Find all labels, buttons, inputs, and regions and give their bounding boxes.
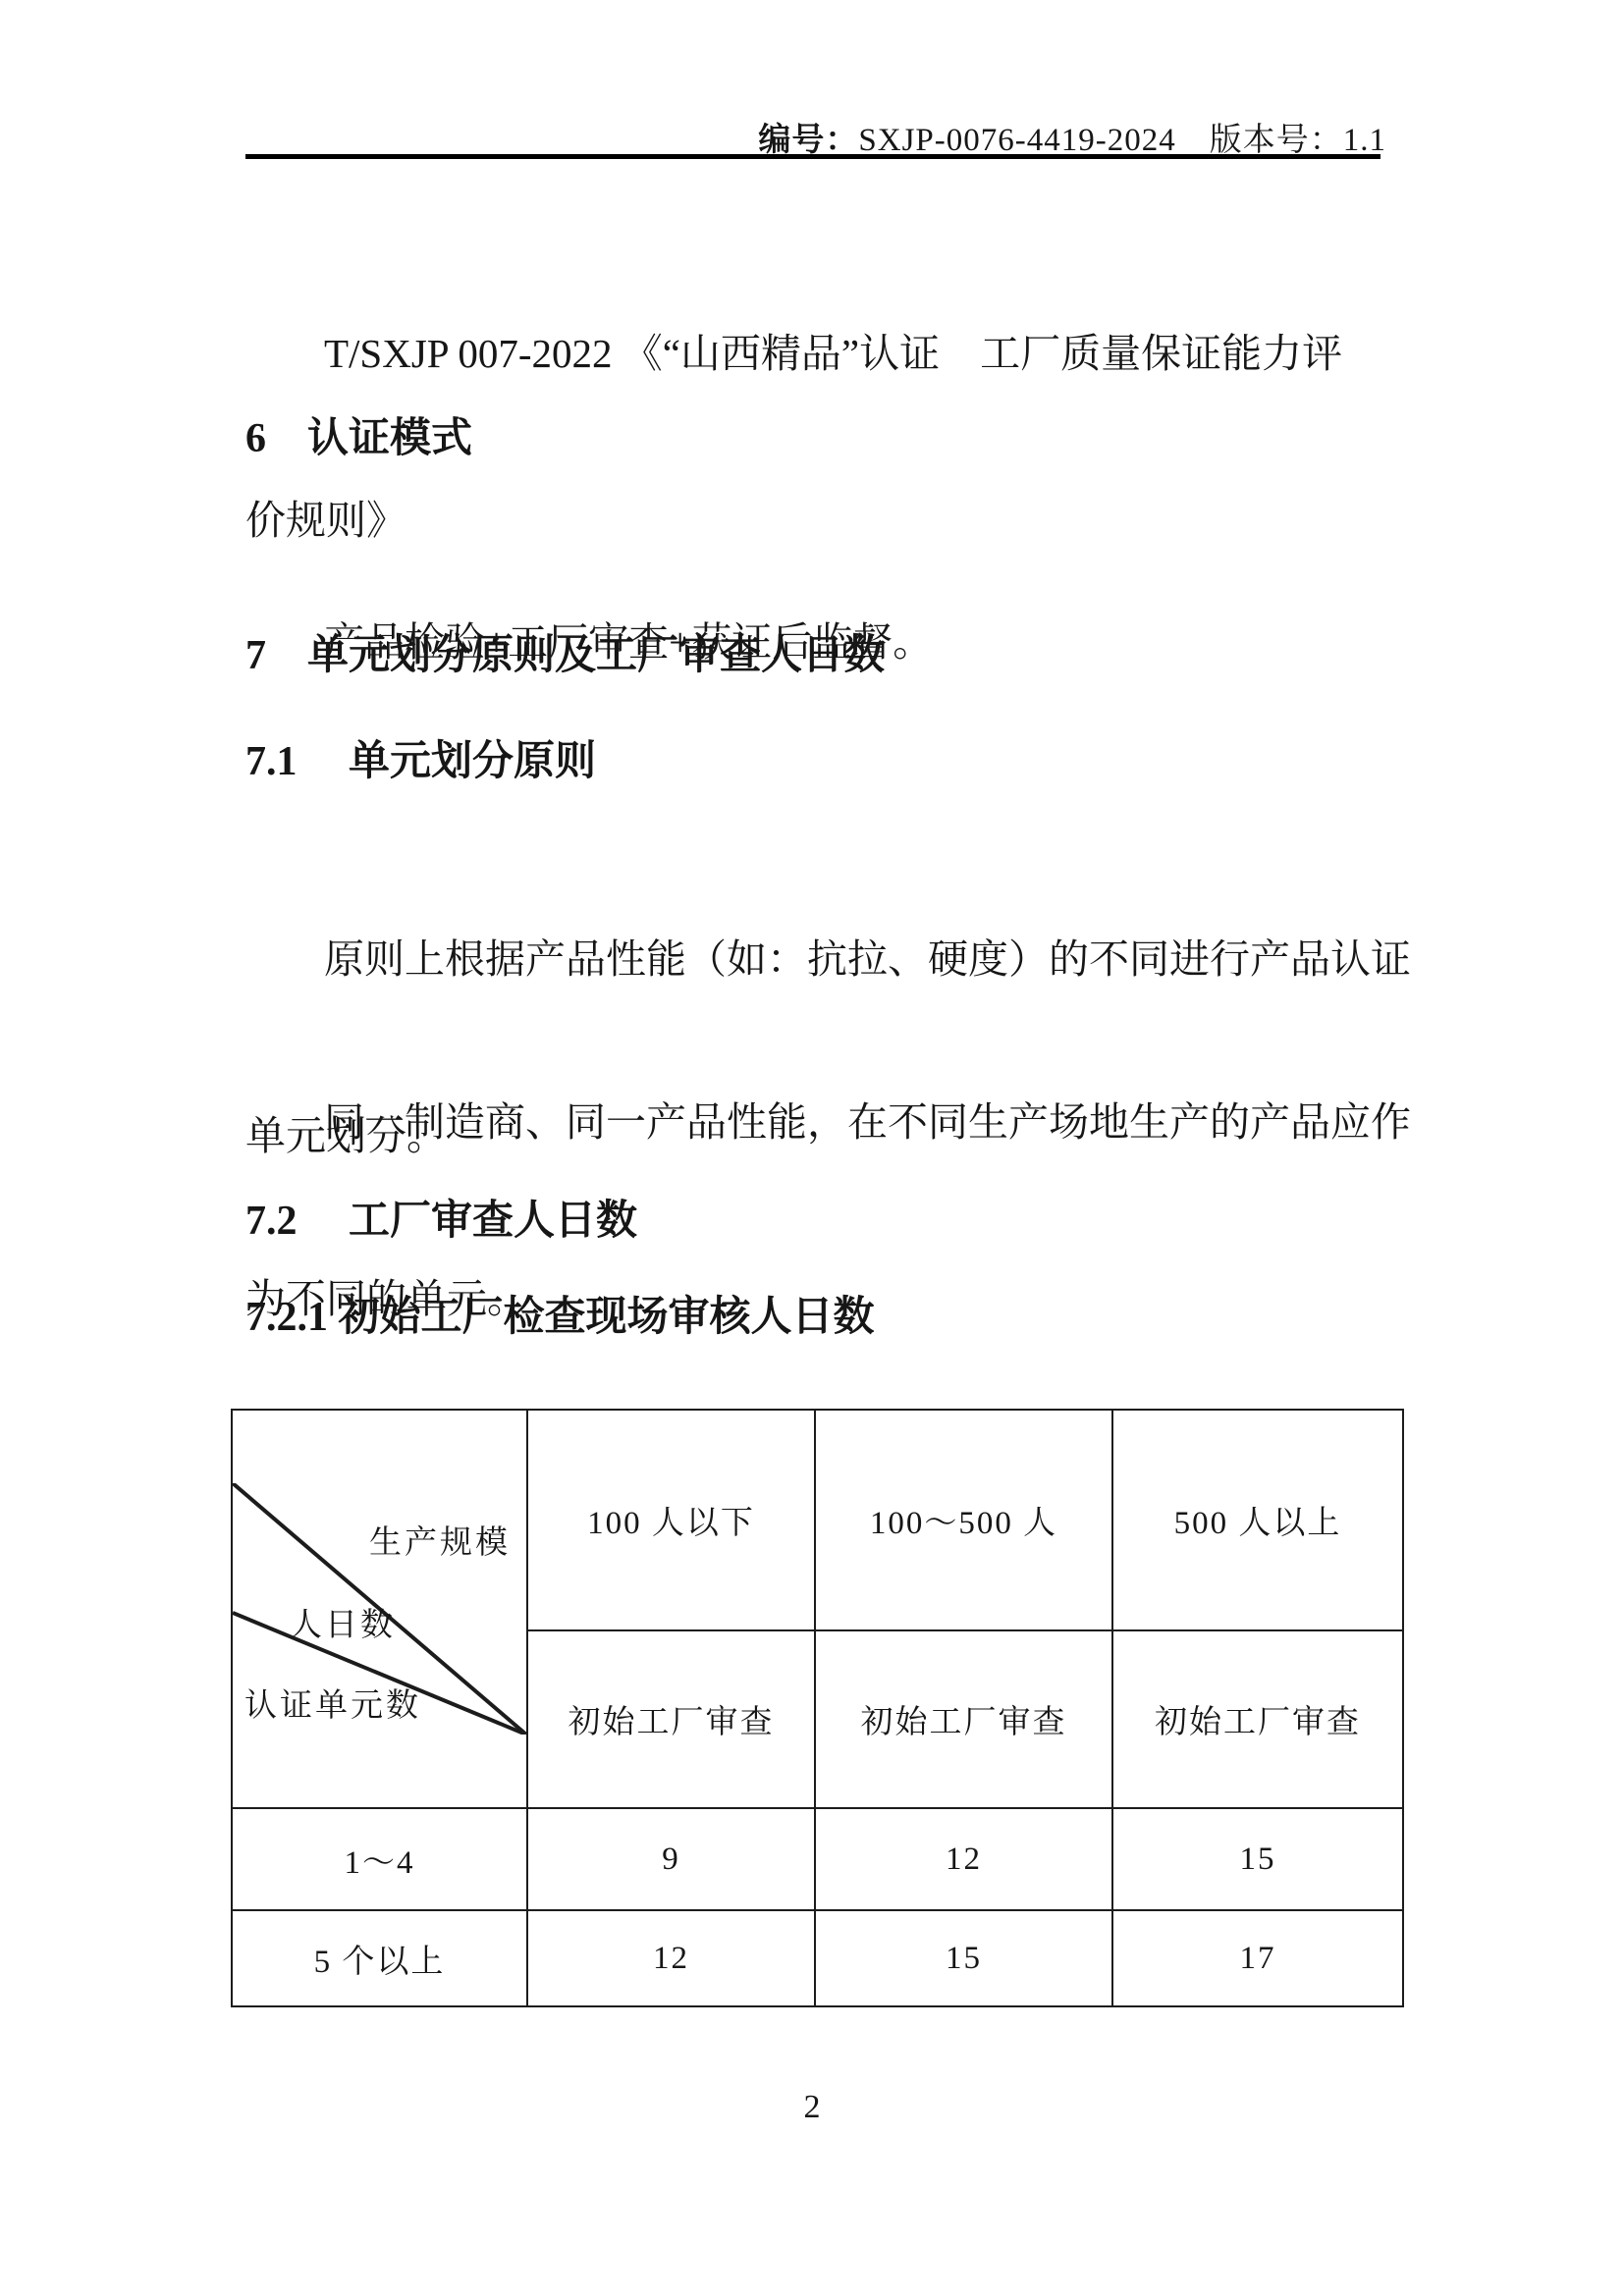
row-label: 5 个以上 bbox=[232, 1910, 527, 2006]
version-value: 1.1 bbox=[1343, 123, 1386, 158]
section-7-title: 7 单元划分原则及工厂审查人日数 bbox=[245, 631, 1412, 680]
document-header: 编号：SXJP-0076-4419-2024 版本号：1.1 bbox=[722, 73, 1386, 118]
corner-label-person-days: 人日数 bbox=[290, 1599, 396, 1645]
audit-table: 生产规模 人日数 认证单元数 100 人以下 100～500 人 500 人以上… bbox=[231, 1409, 1404, 2007]
intro-line-1: T/SXJP 007-2022 《“山西精品”认证 工厂质量保证能力评 bbox=[245, 317, 1412, 390]
sub-header: 初始工厂审查 bbox=[527, 1630, 815, 1808]
corner-diagonal-cell: 生产规模 人日数 认证单元数 bbox=[233, 1483, 526, 1735]
header-rule bbox=[245, 154, 1380, 159]
table-corner-cell: 生产规模 人日数 认证单元数 bbox=[232, 1410, 527, 1808]
table-cell: 9 bbox=[527, 1808, 815, 1910]
sub-header: 初始工厂审查 bbox=[1112, 1630, 1403, 1808]
col-header: 100 人以下 bbox=[527, 1410, 815, 1630]
col-header: 100～500 人 bbox=[815, 1410, 1112, 1630]
table-cell: 15 bbox=[815, 1910, 1112, 2006]
section-7-1-title: 7.1 单元划分原则 bbox=[245, 737, 1412, 786]
table-cell: 17 bbox=[1112, 1910, 1403, 2006]
col-header: 500 人以上 bbox=[1112, 1410, 1403, 1630]
table-row: 1～4 9 12 15 bbox=[232, 1808, 1403, 1910]
audit-days-table: 生产规模 人日数 认证单元数 100 人以下 100～500 人 500 人以上… bbox=[231, 1373, 1404, 2043]
table-cell: 12 bbox=[527, 1910, 815, 2006]
table-cell: 15 bbox=[1112, 1808, 1403, 1910]
doc-no-value: SXJP-0076-4419-2024 bbox=[858, 123, 1175, 158]
section-6-title: 6 认证模式 bbox=[245, 414, 1412, 463]
table-row: 5 个以上 12 15 17 bbox=[232, 1910, 1403, 2006]
document-page: 编号：SXJP-0076-4419-2024 版本号：1.1 T/SXJP 00… bbox=[0, 0, 1624, 2296]
corner-label-cert-units: 认证单元数 bbox=[244, 1680, 421, 1726]
row-label: 1～4 bbox=[232, 1808, 527, 1910]
page-number: 2 bbox=[0, 2087, 1624, 2128]
section-7-2-title: 7.2 工厂审查人日数 bbox=[245, 1197, 1412, 1246]
table-cell: 12 bbox=[815, 1808, 1112, 1910]
corner-label-production-scale: 生产规模 bbox=[369, 1517, 511, 1563]
section-7-2-1-title: 7.2.1 初始工厂检查现场审核人日数 bbox=[245, 1293, 1412, 1342]
version-label: 版本号： bbox=[1176, 123, 1343, 158]
sub-header: 初始工厂审查 bbox=[815, 1630, 1112, 1808]
doc-no-label: 编号： bbox=[758, 123, 858, 158]
paragraph-line: 同一制造商、同一产品性能，在不同生产场地生产的产品应作 bbox=[245, 1081, 1412, 1163]
